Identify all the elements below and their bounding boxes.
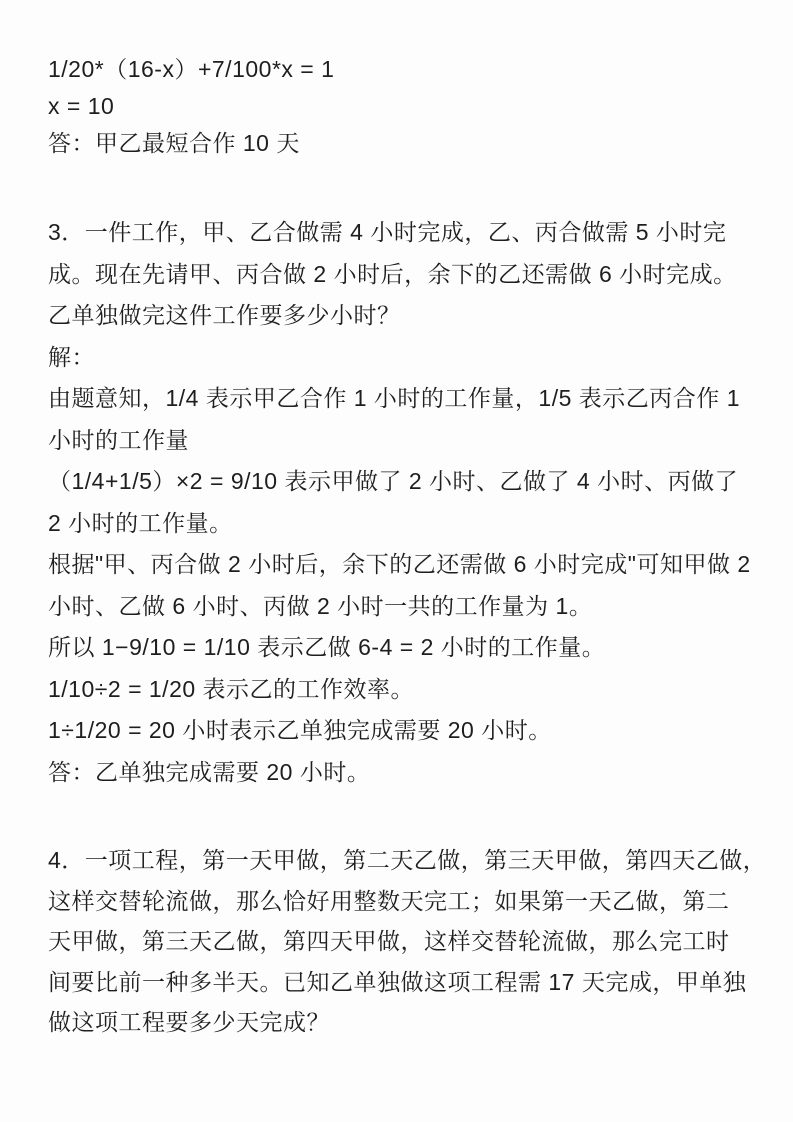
document-page: 1/20*（16-x）+7/100*x = 1x = 10答：甲乙最短合作 10… <box>0 0 793 1122</box>
text-line: 这样交替轮流做，那么恰好用整数天完工；如果第一天乙做，第二 <box>48 881 745 922</box>
text-line: 1/10÷2 = 1/20 表示乙的工作效率。 <box>48 669 745 711</box>
text-line: 间要比前一种多半天。已知乙单独做这项工程需 17 天完成，甲单独 <box>48 962 745 1003</box>
problem-4: 4．一项工程，第一天甲做，第二天乙做，第三天甲做，第四天乙做，这样交替轮流做，那… <box>48 840 745 1043</box>
text-line: 2 小时的工作量。 <box>48 503 745 545</box>
text-line: 所以 1−9/10 = 1/10 表示乙做 6-4 = 2 小时的工作量。 <box>48 627 745 669</box>
text-line: 3．一件工作，甲、乙合做需 4 小时完成，乙、丙合做需 5 小时完 <box>48 212 745 254</box>
text-line: 4．一项工程，第一天甲做，第二天乙做，第三天甲做，第四天乙做， <box>48 840 745 881</box>
text-line: 解： <box>48 337 745 379</box>
text-line: 成。现在先请甲、丙合做 2 小时后，余下的乙还需做 6 小时完成。 <box>48 254 745 296</box>
text-line: 小时的工作量 <box>48 420 745 462</box>
text-line: （1/4+1/5）×2 = 9/10 表示甲做了 2 小时、乙做了 4 小时、丙… <box>48 461 745 503</box>
text-line: 根据"甲、丙合做 2 小时后，余下的乙还需做 6 小时完成"可知甲做 2 <box>48 544 745 586</box>
text-line: 小时、乙做 6 小时、丙做 2 小时一共的工作量为 1。 <box>48 586 745 628</box>
text-line: 做这项工程要多少天完成？ <box>48 1002 745 1043</box>
document-content: 1/20*（16-x）+7/100*x = 1x = 10答：甲乙最短合作 10… <box>0 51 793 1043</box>
text-line: 由题意知，1/4 表示甲乙合作 1 小时的工作量，1/5 表示乙丙合作 1 <box>48 378 745 420</box>
text-line: 答：甲乙最短合作 10 天 <box>48 125 745 162</box>
text-line: 乙单独做完这件工作要多少小时？ <box>48 295 745 337</box>
text-line: 答：乙单独完成需要 20 小时。 <box>48 752 745 794</box>
text-line: 1÷1/20 = 20 小时表示乙单独完成需要 20 小时。 <box>48 710 745 752</box>
text-line: 天甲做，第三天乙做，第四天甲做，这样交替轮流做，那么完工时 <box>48 921 745 962</box>
problem-3: 3．一件工作，甲、乙合做需 4 小时完成，乙、丙合做需 5 小时完成。现在先请甲… <box>48 212 745 793</box>
text-line: 1/20*（16-x）+7/100*x = 1 <box>48 51 745 88</box>
text-line: x = 10 <box>48 88 745 125</box>
problem-2-solution-end: 1/20*（16-x）+7/100*x = 1x = 10答：甲乙最短合作 10… <box>48 51 745 162</box>
